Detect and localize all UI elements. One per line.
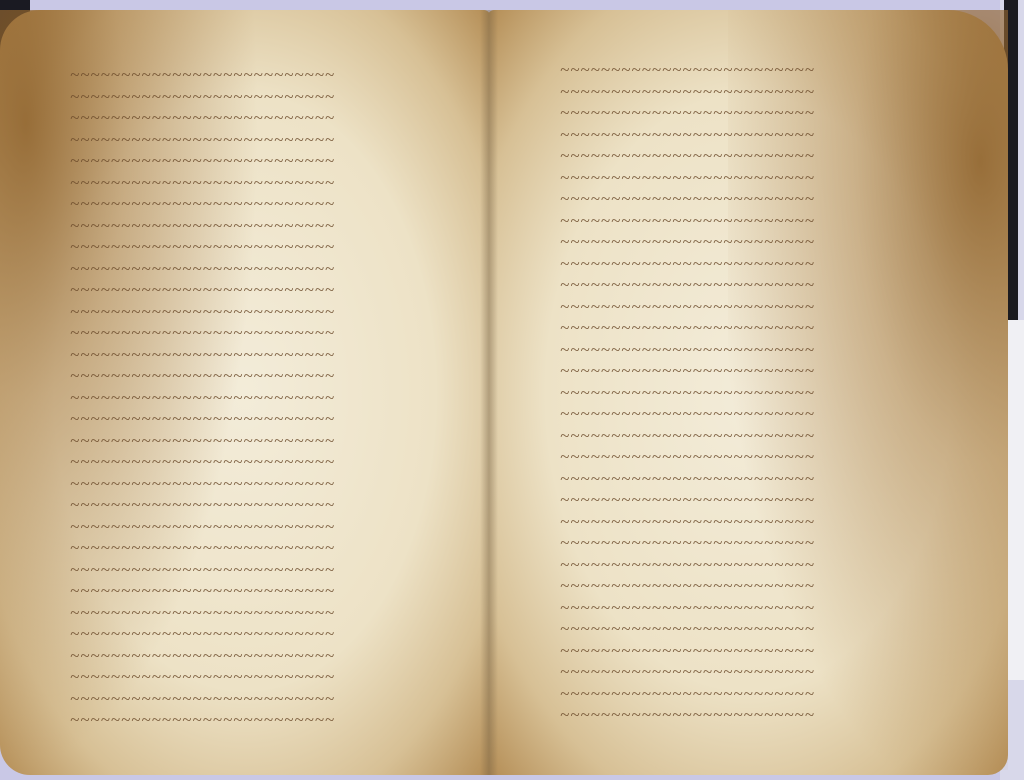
- handwritten-line: ~~~~~~~~~~~~~~~~~~~~~~~~~~: [70, 323, 470, 345]
- book-gutter: [480, 10, 498, 775]
- handwritten-line: ~~~~~~~~~~~~~~~~~~~~~~~~~~: [70, 280, 470, 302]
- handwritten-line: ~~~~~~~~~~~~~~~~~~~~~~~~~~: [70, 409, 470, 431]
- handwritten-line: ~~~~~~~~~~~~~~~~~~~~~~~~~~: [70, 624, 470, 646]
- handwritten-line: ~~~~~~~~~~~~~~~~~~~~~~~~~~: [70, 495, 470, 517]
- handwritten-line: ~~~~~~~~~~~~~~~~~~~~~~~~~: [560, 426, 950, 448]
- right-page-script: ~~~~~~~~~~~~~~~~~~~~~~~~~~~~~~~~~~~~~~~~…: [560, 60, 950, 727]
- handwritten-line: ~~~~~~~~~~~~~~~~~~~~~~~~~: [560, 619, 950, 641]
- handwritten-line: ~~~~~~~~~~~~~~~~~~~~~~~~~: [560, 705, 950, 727]
- handwritten-line: ~~~~~~~~~~~~~~~~~~~~~~~~~: [560, 232, 950, 254]
- handwritten-line: ~~~~~~~~~~~~~~~~~~~~~~~~~: [560, 125, 950, 147]
- handwritten-line: ~~~~~~~~~~~~~~~~~~~~~~~~~: [560, 297, 950, 319]
- handwritten-line: ~~~~~~~~~~~~~~~~~~~~~~~~~: [560, 146, 950, 168]
- handwritten-line: ~~~~~~~~~~~~~~~~~~~~~~~~~~: [70, 538, 470, 560]
- handwritten-line: ~~~~~~~~~~~~~~~~~~~~~~~~~~: [70, 689, 470, 711]
- handwritten-line: ~~~~~~~~~~~~~~~~~~~~~~~~~: [560, 684, 950, 706]
- handwritten-line: ~~~~~~~~~~~~~~~~~~~~~~~~~: [560, 211, 950, 233]
- handwritten-line: ~~~~~~~~~~~~~~~~~~~~~~~~~: [560, 533, 950, 555]
- handwritten-line: ~~~~~~~~~~~~~~~~~~~~~~~~~~: [70, 108, 470, 130]
- handwritten-line: ~~~~~~~~~~~~~~~~~~~~~~~~~~: [70, 366, 470, 388]
- handwritten-line: ~~~~~~~~~~~~~~~~~~~~~~~~~~: [70, 216, 470, 238]
- handwritten-line: ~~~~~~~~~~~~~~~~~~~~~~~~~~: [70, 667, 470, 689]
- handwritten-line: ~~~~~~~~~~~~~~~~~~~~~~~~~~: [70, 388, 470, 410]
- handwritten-line: ~~~~~~~~~~~~~~~~~~~~~~~~~: [560, 576, 950, 598]
- handwritten-line: ~~~~~~~~~~~~~~~~~~~~~~~~~~: [70, 474, 470, 496]
- handwritten-line: ~~~~~~~~~~~~~~~~~~~~~~~~~~: [70, 173, 470, 195]
- handwritten-line: ~~~~~~~~~~~~~~~~~~~~~~~~~: [560, 189, 950, 211]
- handwritten-line: ~~~~~~~~~~~~~~~~~~~~~~~~~: [560, 254, 950, 276]
- handwritten-line: ~~~~~~~~~~~~~~~~~~~~~~~~~~: [70, 646, 470, 668]
- left-page-script: ~~~~~~~~~~~~~~~~~~~~~~~~~~~~~~~~~~~~~~~~…: [70, 65, 470, 732]
- handwritten-line: ~~~~~~~~~~~~~~~~~~~~~~~~~~: [70, 130, 470, 152]
- handwritten-line: ~~~~~~~~~~~~~~~~~~~~~~~~~~: [70, 452, 470, 474]
- handwritten-line: ~~~~~~~~~~~~~~~~~~~~~~~~~: [560, 404, 950, 426]
- handwritten-line: ~~~~~~~~~~~~~~~~~~~~~~~~~: [560, 103, 950, 125]
- handwritten-line: ~~~~~~~~~~~~~~~~~~~~~~~~~: [560, 318, 950, 340]
- handwritten-line: ~~~~~~~~~~~~~~~~~~~~~~~~~~: [70, 560, 470, 582]
- handwritten-line: ~~~~~~~~~~~~~~~~~~~~~~~~~: [560, 361, 950, 383]
- open-manuscript: ~~~~~~~~~~~~~~~~~~~~~~~~~~~~~~~~~~~~~~~~…: [0, 10, 1010, 780]
- handwritten-line: ~~~~~~~~~~~~~~~~~~~~~~~~~: [560, 168, 950, 190]
- handwritten-line: ~~~~~~~~~~~~~~~~~~~~~~~~~: [560, 275, 950, 297]
- handwritten-line: ~~~~~~~~~~~~~~~~~~~~~~~~~: [560, 82, 950, 104]
- handwritten-line: ~~~~~~~~~~~~~~~~~~~~~~~~~~: [70, 345, 470, 367]
- handwritten-line: ~~~~~~~~~~~~~~~~~~~~~~~~~~: [70, 517, 470, 539]
- handwritten-line: ~~~~~~~~~~~~~~~~~~~~~~~~~~: [70, 581, 470, 603]
- handwritten-line: ~~~~~~~~~~~~~~~~~~~~~~~~~~: [70, 237, 470, 259]
- handwritten-line: ~~~~~~~~~~~~~~~~~~~~~~~~~: [560, 383, 950, 405]
- handwritten-line: ~~~~~~~~~~~~~~~~~~~~~~~~~: [560, 555, 950, 577]
- handwritten-line: ~~~~~~~~~~~~~~~~~~~~~~~~~: [560, 469, 950, 491]
- handwritten-line: ~~~~~~~~~~~~~~~~~~~~~~~~~: [560, 641, 950, 663]
- handwritten-line: ~~~~~~~~~~~~~~~~~~~~~~~~~: [560, 662, 950, 684]
- handwritten-line: ~~~~~~~~~~~~~~~~~~~~~~~~~~: [70, 194, 470, 216]
- handwritten-line: ~~~~~~~~~~~~~~~~~~~~~~~~~~: [70, 431, 470, 453]
- handwritten-line: ~~~~~~~~~~~~~~~~~~~~~~~~~~: [70, 710, 470, 732]
- handwritten-line: ~~~~~~~~~~~~~~~~~~~~~~~~~: [560, 340, 950, 362]
- handwritten-line: ~~~~~~~~~~~~~~~~~~~~~~~~~~: [70, 65, 470, 87]
- handwritten-line: ~~~~~~~~~~~~~~~~~~~~~~~~~: [560, 490, 950, 512]
- handwritten-line: ~~~~~~~~~~~~~~~~~~~~~~~~~~: [70, 302, 470, 324]
- handwritten-line: ~~~~~~~~~~~~~~~~~~~~~~~~~~: [70, 151, 470, 173]
- handwritten-line: ~~~~~~~~~~~~~~~~~~~~~~~~~: [560, 447, 950, 469]
- handwritten-line: ~~~~~~~~~~~~~~~~~~~~~~~~~: [560, 598, 950, 620]
- handwritten-line: ~~~~~~~~~~~~~~~~~~~~~~~~~: [560, 60, 950, 82]
- handwritten-line: ~~~~~~~~~~~~~~~~~~~~~~~~~~: [70, 259, 470, 281]
- handwritten-line: ~~~~~~~~~~~~~~~~~~~~~~~~~: [560, 512, 950, 534]
- handwritten-line: ~~~~~~~~~~~~~~~~~~~~~~~~~~: [70, 87, 470, 109]
- handwritten-line: ~~~~~~~~~~~~~~~~~~~~~~~~~~: [70, 603, 470, 625]
